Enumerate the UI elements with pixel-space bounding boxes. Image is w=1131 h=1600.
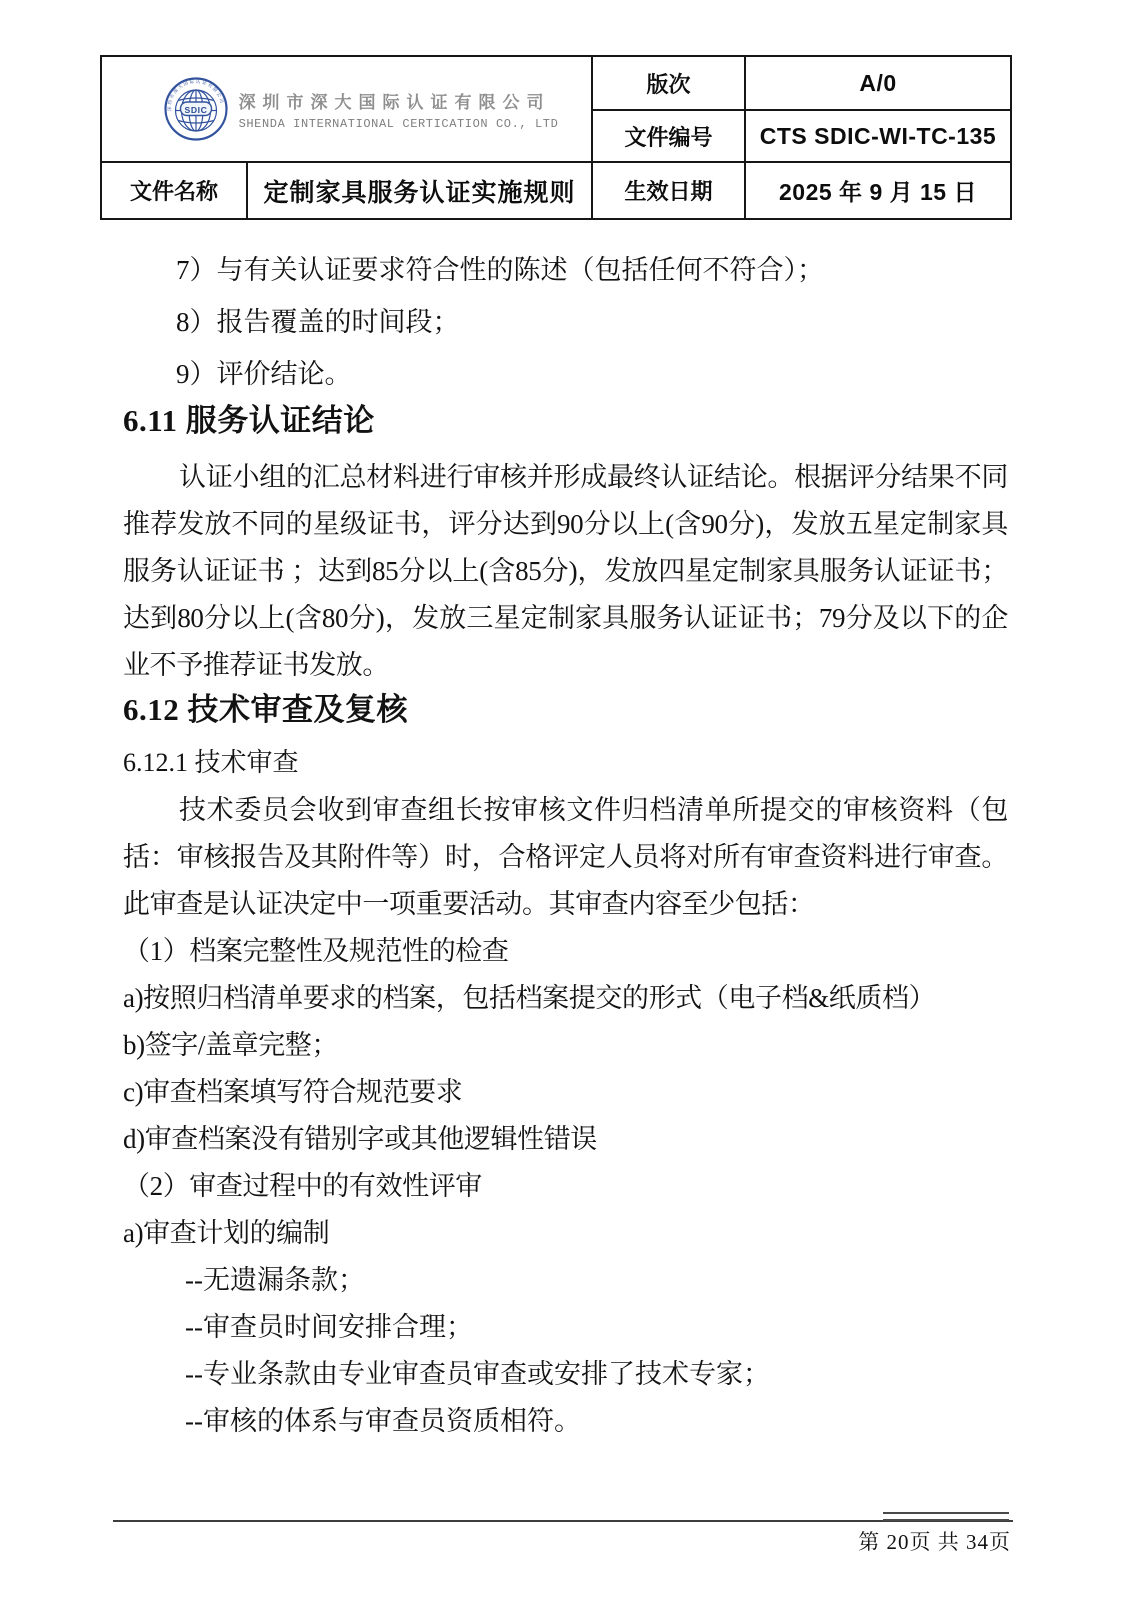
doc-name-value: 定制家具服务认证实施规则 bbox=[248, 163, 593, 218]
clause-line: c)审查档案填写符合规范要求 bbox=[123, 1069, 1008, 1116]
clause-line: a)审查计划的编制 bbox=[123, 1210, 1008, 1257]
subsection-heading: 6.12.1 技术审查 bbox=[123, 743, 1008, 783]
clause-line: d)审查档案没有错别字或其他逻辑性错误 bbox=[123, 1116, 1008, 1163]
doc-number-value: CTS SDIC-WI-TC-135 bbox=[746, 111, 1010, 163]
clause-line: 9）评价结论。 bbox=[123, 348, 1008, 400]
clause-line: （1）档案完整性及规范性的检查 bbox=[123, 928, 1008, 975]
document-body: 7）与有关认证要求符合性的陈述（包括任何不符合）； 8）报告覆盖的时间段； 9）… bbox=[123, 244, 1008, 1445]
clause-line: a)按照归档清单要求的档案，包括档案提交的形式（电子档&纸质档） bbox=[123, 975, 1008, 1022]
version-label: 版次 bbox=[593, 57, 746, 111]
dash-item: --专业条款由专业审查员审查或安排了技术专家； bbox=[123, 1351, 1008, 1398]
company-logo-icon: 深圳市深大国际认证有限公司 SDIC bbox=[163, 76, 229, 142]
section-heading: 6.11 服务认证结论 bbox=[123, 402, 1008, 440]
clause-line: b)签字/盖章完整； bbox=[123, 1022, 1008, 1069]
doc-name-label: 文件名称 bbox=[102, 163, 248, 218]
clause-line: 7）与有关认证要求符合性的陈述（包括任何不符合）； bbox=[123, 244, 1008, 296]
dash-item: --无遗漏条款； bbox=[123, 1257, 1008, 1304]
company-name-block: 深圳市深大国际认证有限公司 SHENDA INTERNATIONAL CERTI… bbox=[239, 88, 559, 131]
logo-sdic-text: SDIC bbox=[184, 105, 207, 115]
paragraph: 技术委员会收到审查组长按审核文件归档清单所提交的审核资料（包括：审核报告及其附件… bbox=[123, 787, 1008, 928]
footer-double-line bbox=[883, 1512, 1009, 1521]
page-number: 第 20页 共 34页 bbox=[858, 1526, 1011, 1556]
company-header-cell: 深圳市深大国际认证有限公司 SDIC 深圳市深大国际认证有限公司 SHENDA … bbox=[102, 57, 593, 163]
company-name-en: SHENDA INTERNATIONAL CERTICATION CO., LT… bbox=[239, 117, 559, 131]
paragraph: 认证小组的汇总材料进行审核并形成最终认证结论。根据评分结果不同推荐发放不同的星级… bbox=[123, 454, 1008, 689]
section-heading: 6.12 技术审查及复核 bbox=[123, 691, 1008, 729]
effective-date-label: 生效日期 bbox=[593, 163, 746, 218]
effective-date-value: 2025 年 9 月 15 日 bbox=[746, 163, 1010, 218]
dash-item: --审核的体系与审查员资质相符。 bbox=[123, 1398, 1008, 1445]
dash-item: --审查员时间安排合理； bbox=[123, 1304, 1008, 1351]
clause-line: （2）审查过程中的有效性评审 bbox=[123, 1163, 1008, 1210]
document-page: 深圳市深大国际认证有限公司 SDIC 深圳市深大国际认证有限公司 SHENDA … bbox=[0, 0, 1131, 1600]
clause-line: 8）报告覆盖的时间段； bbox=[123, 296, 1008, 348]
version-value: A/0 bbox=[746, 57, 1010, 111]
doc-number-label: 文件编号 bbox=[593, 111, 746, 163]
document-header-table: 深圳市深大国际认证有限公司 SDIC 深圳市深大国际认证有限公司 SHENDA … bbox=[100, 55, 1012, 220]
footer-divider bbox=[113, 1520, 1013, 1522]
company-name-cn: 深圳市深大国际认证有限公司 bbox=[239, 88, 559, 113]
